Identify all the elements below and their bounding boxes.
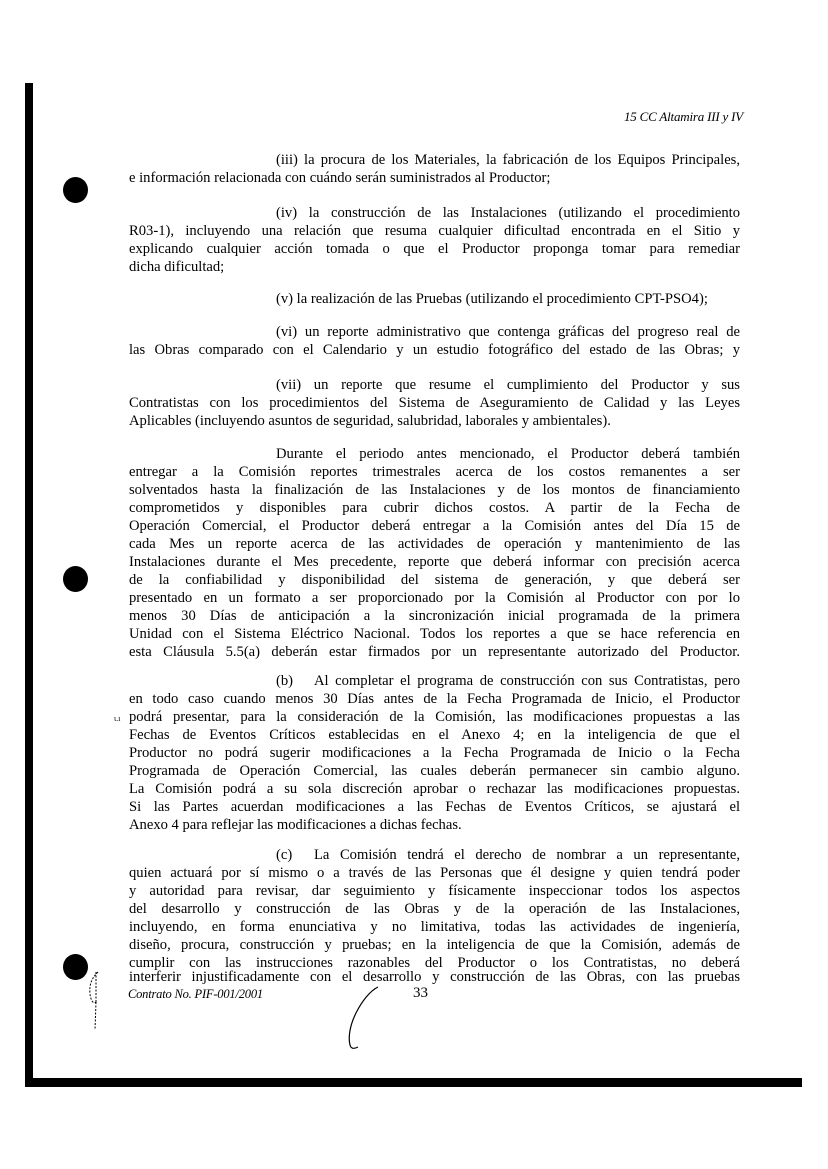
para-durante-line-9: presentado en un formato a ser proporcio… bbox=[129, 590, 740, 607]
item-v-line-1: (v) la realización de las Pruebas (utili… bbox=[276, 291, 740, 308]
item-vi-line-1: (vi) un reporte administrativo que conte… bbox=[276, 324, 740, 341]
contract-number: Contrato No. PIF-001/2001 bbox=[128, 987, 263, 1002]
para-b-line-2: en todo caso cuando menos 30 Días antes … bbox=[129, 691, 740, 708]
para-durante-line-6: cada Mes un reporte acerca de las activi… bbox=[129, 536, 740, 553]
para-b-line-8: Si las Partes acuerdan modificaciones a … bbox=[129, 799, 740, 816]
running-header: 15 CC Altamira III y IV bbox=[624, 109, 743, 125]
para-b-line-7: La Comisión podrá a su sola discreción a… bbox=[129, 781, 740, 798]
scan-border-left bbox=[25, 83, 33, 1087]
para-durante-line-2: entregar a la Comisión reportes trimestr… bbox=[129, 464, 740, 481]
item-vii-line-3: Aplicables (incluyendo asuntos de seguri… bbox=[129, 413, 740, 430]
item-vii-line-2: Contratistas con los procedimientos del … bbox=[129, 395, 740, 412]
item-iv-line-1: (iv) la construcción de las Instalacione… bbox=[276, 205, 740, 222]
para-durante-line-1: Durante el periodo antes mencionado, el … bbox=[276, 446, 740, 463]
handwritten-initial-mark bbox=[340, 983, 390, 1053]
page-number: 33 bbox=[413, 985, 428, 1002]
para-durante-line-12: esta Cláusula 5.5(a) deberán estar firma… bbox=[129, 644, 740, 661]
item-iii-line-2: e información relacionada con cuándo ser… bbox=[129, 170, 740, 187]
scan-border-bottom bbox=[25, 1078, 802, 1087]
para-b-line-1: Al completar el programa de construcción… bbox=[314, 673, 740, 690]
para-c-line-4: del desarrollo y construcción de las Obr… bbox=[129, 901, 740, 918]
para-b-line-4: Fechas de Eventos Críticos establecidas … bbox=[129, 727, 740, 744]
item-vii-line-1: (vii) un reporte que resume el cumplimie… bbox=[276, 377, 740, 394]
scan-speck: ι.ı bbox=[114, 714, 120, 723]
para-c-line-3: y autoridad para revisar, dar seguimient… bbox=[129, 883, 740, 900]
para-durante-line-3: solventados hasta la finalización de las… bbox=[129, 482, 740, 499]
para-durante-line-8: de la confiabilidad y disponibilidad del… bbox=[129, 572, 740, 589]
item-iv-line-4: dicha dificultad; bbox=[129, 259, 740, 276]
para-b-label: (b) bbox=[276, 673, 306, 690]
para-c-line-5: incluyendo, en forma enunciativa y no li… bbox=[129, 919, 740, 936]
para-durante-line-5: Operación Comercial, el Productor deberá… bbox=[129, 518, 740, 535]
item-iii-line-1: (iii) la procura de los Materiales, la f… bbox=[276, 152, 740, 169]
para-durante-line-4: comprometidos y disponibles para cubrir … bbox=[129, 500, 740, 517]
para-c-line-8: interferir injustificadamente con el des… bbox=[129, 969, 740, 986]
para-durante-line-10: menos 30 Días de anticipación a la sincr… bbox=[129, 608, 740, 625]
para-durante-line-11: Unidad con el Sistema Eléctrico Nacional… bbox=[129, 626, 740, 643]
hole-punch-top bbox=[63, 177, 88, 203]
handwritten-margin-mark bbox=[84, 970, 104, 1040]
para-c-label: (c) bbox=[276, 847, 306, 864]
para-b-line-5: Productor no podrá sugerir modificacione… bbox=[129, 745, 740, 762]
item-iv-line-2: R03-1), incluyendo una relación que resu… bbox=[129, 223, 740, 240]
para-durante-line-7: Instalaciones durante el Mes precedente,… bbox=[129, 554, 740, 571]
item-iv-line-3: explicando cualquier acción tomada o que… bbox=[129, 241, 740, 258]
para-b-line-6: Programada de Operación Comercial, las c… bbox=[129, 763, 740, 780]
hole-punch-middle bbox=[63, 566, 88, 592]
para-c-line-1: La Comisión tendrá el derecho de nombrar… bbox=[314, 847, 740, 864]
para-b-line-9: Anexo 4 para reflejar las modificaciones… bbox=[129, 817, 740, 834]
para-c-line-2: quien actuará por sí mismo o a través de… bbox=[129, 865, 740, 882]
para-b-line-3: podrá presentar, para la consideración d… bbox=[129, 709, 740, 726]
item-vi-line-2: las Obras comparado con el Calendario y … bbox=[129, 342, 740, 359]
para-c-line-6: diseño, procura, construcción y pruebas;… bbox=[129, 937, 740, 954]
